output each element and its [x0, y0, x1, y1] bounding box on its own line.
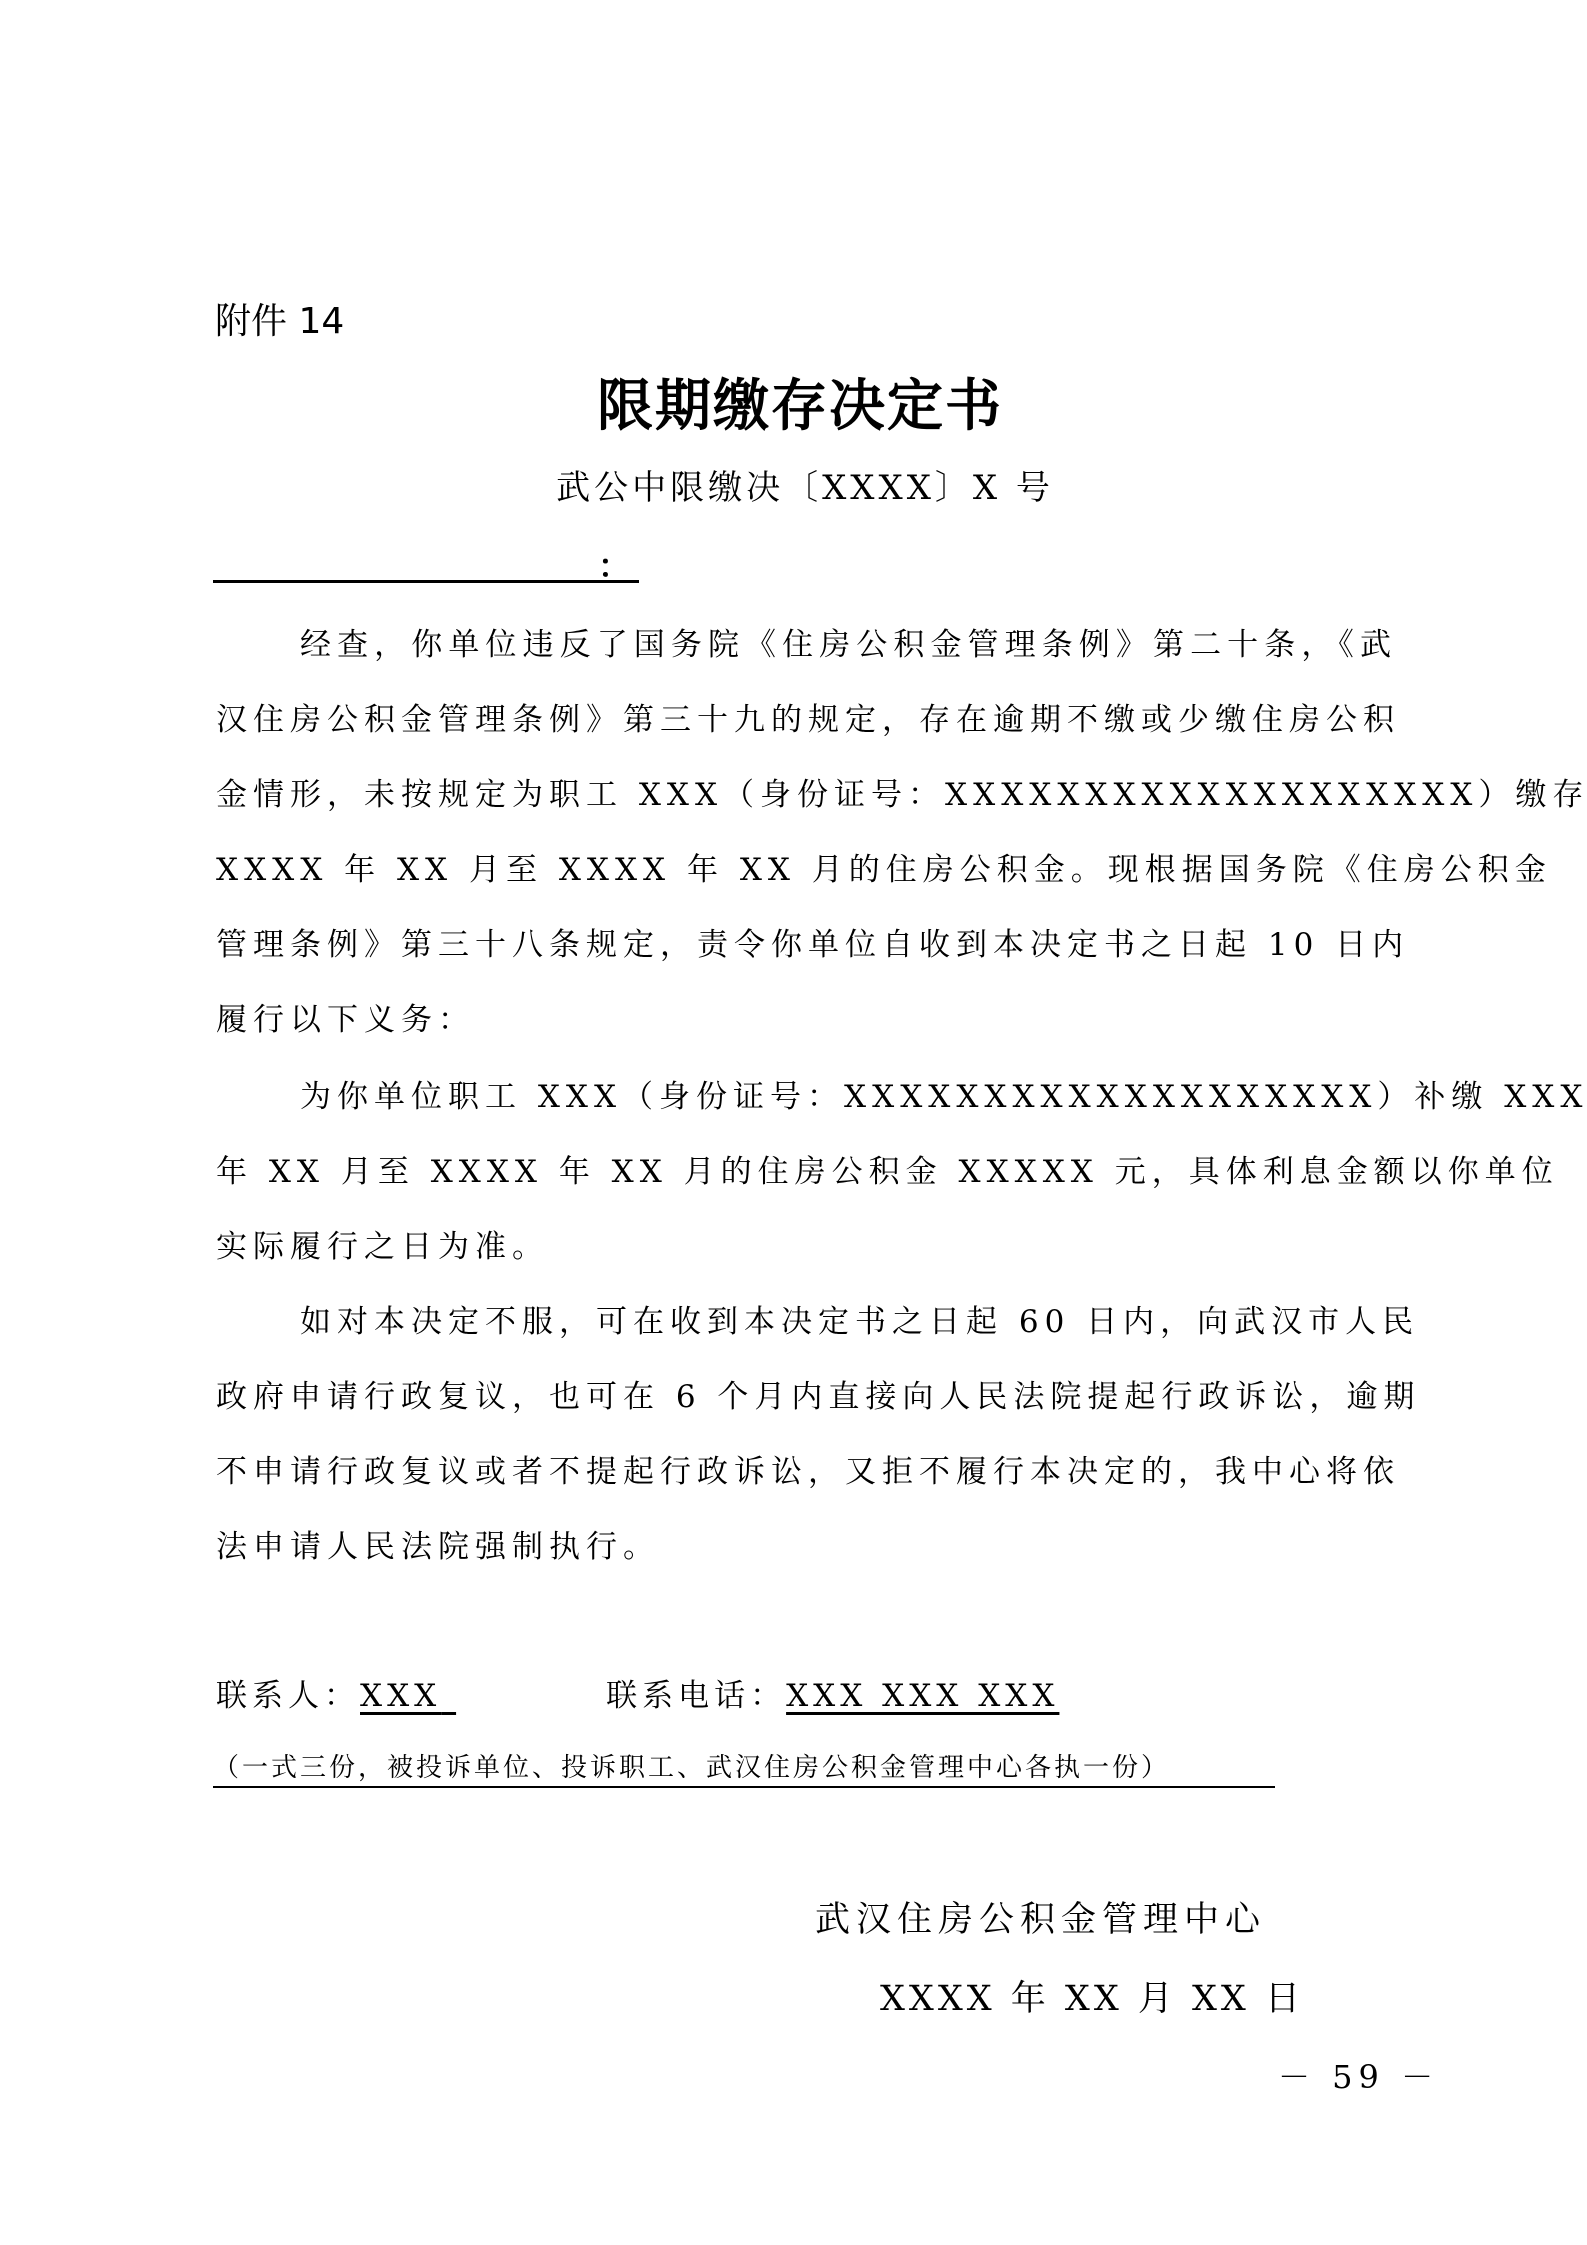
addressee-blank-line	[213, 580, 639, 583]
paragraph-line: 履行以下义务：	[216, 1000, 1397, 1040]
copies-note: （一式三份，被投诉单位、投诉职工、武汉住房公积金管理中心各执一份）	[213, 1752, 1275, 1788]
paragraph-line: 年 XX 月至 XXXX 年 XX 月的住房公积金 XXXXX 元，具体利息金额…	[216, 1152, 1397, 1192]
paragraph-line: XXXX 年 XX 月至 XXXX 年 XX 月的住房公积金。现根据国务院《住房…	[216, 850, 1397, 890]
paragraph-line: 为你单位职工 XXX（身份证号：XXXXXXXXXXXXXXXXXXX）补缴 X…	[300, 1077, 1372, 1117]
paragraph-line: 管理条例》第三十八条规定，责令你单位自收到本决定书之日起 10 日内	[216, 925, 1397, 965]
issue-date: XXXX 年 XX 月 XX 日	[880, 1977, 1304, 2021]
paragraph-line: 实际履行之日为准。	[216, 1227, 1397, 1267]
contact-phone-label: 联系电话：	[606, 1678, 786, 1714]
issuing-organization: 武汉住房公积金管理中心	[815, 1898, 1266, 1942]
paragraph-line: 金情形，未按规定为职工 XXX（身份证号：XXXXXXXXXXXXXXXXXXX…	[216, 775, 1397, 815]
document-number: 武公中限缴决〔XXXX〕X 号	[0, 466, 1587, 510]
paragraph-line: 经查，你单位违反了国务院《住房公积金管理条例》第二十条，《武	[300, 625, 1397, 665]
contact-person-value: XXX	[360, 1678, 441, 1714]
paragraph-line: 如对本决定不服，可在收到本决定书之日起 60 日内，向武汉市人民	[300, 1302, 1397, 1342]
paragraph-line: 政府申请行政复议，也可在 6 个月内直接向人民法院提起行政诉讼，逾期	[216, 1377, 1397, 1417]
page-number: － 59 －	[1278, 2057, 1439, 2097]
contact-phone-value: XXX XXX XXX	[786, 1678, 1059, 1714]
contact-line: 联系人：XXX 联系电话：XXX XXX XXX	[216, 1676, 1059, 1716]
addressee-colon: ：	[598, 548, 630, 584]
document-title: 限期缴存决定书	[0, 374, 1587, 438]
attachment-label: 附件 14	[215, 300, 344, 344]
paragraph-line: 不申请行政复议或者不提起行政诉讼，又拒不履行本决定的，我中心将依	[216, 1452, 1397, 1492]
paragraph-line: 法申请人民法院强制执行。	[216, 1527, 1397, 1567]
contact-person-label: 联系人：	[216, 1678, 360, 1714]
paragraph-line: 汉住房公积金管理条例》第三十九的规定，存在逾期不缴或少缴住房公积	[216, 700, 1397, 740]
